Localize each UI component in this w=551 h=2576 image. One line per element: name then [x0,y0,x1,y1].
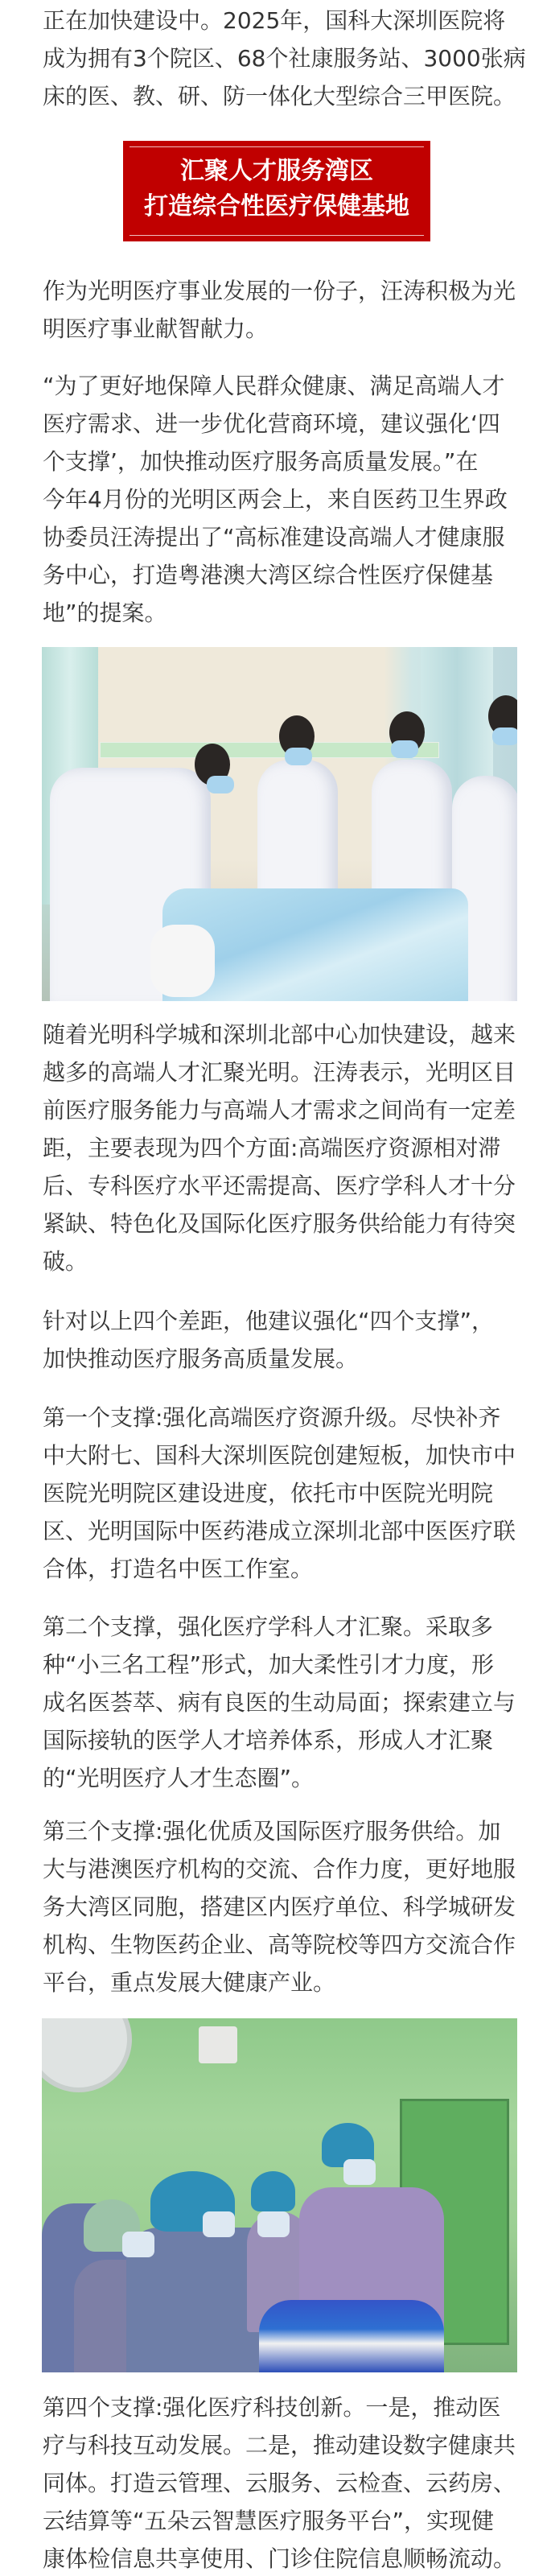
text-line: 第四个支撑:强化医疗科技创新。一是，推动医 [43,2388,519,2426]
paragraph-hospital-plan: 正在加快建设中。2025年，国科大深圳医院将 成为拥有3个院区、68个社康服务站… [43,2,519,115]
doctor-mask [285,748,312,765]
text-line: 种“小三名工程”形式，加大柔性引才力度，形 [43,1646,519,1684]
surgical-drape-shape [259,2300,444,2372]
text-line: 正在加快建设中。2025年，国科大深圳医院将 [43,2,519,39]
text-line: 明医疗事业献智献力。 [43,310,519,348]
surgeon-mask [122,2232,154,2257]
text-line: 合体，打造名中医工作室。 [43,1550,519,1588]
text-line: 的“光明医疗人才生态圈”。 [43,1759,519,1797]
paragraph-support-4: 第四个支撑:强化医疗科技创新。一是，推动医 疗与科技互动发展。二是，推动建设数字… [43,2388,519,2576]
text-line: 今年4月份的光明区两会上，来自医药卫生界政 [43,480,519,518]
text-line: 前医疗服务能力与高端人才需求之间尚有一定差 [43,1091,519,1129]
banner-title-line-2: 打造综合性医疗保健基地 [123,191,430,223]
text-line: 务大湾区同胞，搭建区内医疗单位、科学城研发 [43,1888,519,1926]
text-line: 第一个支撑:强化高端医疗资源升级。尽快补齐 [43,1399,519,1436]
text-line: 医疗需求、进一步优化营商环境，建议强化‘四 [43,405,519,443]
text-line: 区、光明国际中医药港成立深圳北部中医医疗联 [43,1512,519,1550]
text-line: 云结算等“五朵云智慧医疗服务平台”，实现健 [43,2502,519,2540]
paragraph-gaps: 随着光明科学城和深圳北部中心加快建设，越来 越多的高端人才汇聚光明。汪涛表示，光… [43,1016,519,1280]
text-line: 同体。打造云管理、云服务、云检查、云药房、 [43,2464,519,2502]
text-line: 破。 [43,1243,519,1280]
text-line: 平台，重点发展大健康产业。 [43,1964,519,2001]
surgeon-mask [203,2211,235,2237]
text-line: 成为拥有3个院区、68个社康服务站、3000张病 [43,39,519,77]
text-line: 后、专科医疗水平还需提高、医疗学科人才十分 [43,1167,519,1205]
wall-rail-shape [100,742,439,758]
text-line: 越多的高端人才汇聚光明。汪涛表示，光明区目 [43,1053,519,1091]
text-line: 作为光明医疗事业发展的一份子，汪涛积极为光 [43,272,519,310]
paragraph-support-2: 第二个支撑，强化医疗学科人才汇聚。采取多 种“小三名工程”形式，加大柔性引才力度… [43,1608,519,1797]
surgeon-mask [343,2159,376,2185]
text-line: 医院光明院区建设进度，依托市中医院光明院 [43,1474,519,1512]
doctor-mask [207,776,234,793]
banner-top-rule [130,146,424,147]
text-line: 针对以上四个差距，他建议强化“四个支撑”， [43,1302,519,1340]
text-line: 中大附七、国科大深圳医院创建短板，加快市中 [43,1436,519,1474]
doctor-mask [492,727,517,745]
pillow-shape [150,925,215,997]
text-line: 机构、生物医药企业、高等院校等四方交流合作 [43,1926,519,1964]
paragraph-four-supports-intro: 针对以上四个差距，他建议强化“四个支撑”， 加快推动医疗服务高质量发展。 [43,1302,519,1378]
text-line: 第二个支撑，强化医疗学科人才汇聚。采取多 [43,1608,519,1646]
text-line: 康体检信息共享使用、门诊住院信息顺畅流动。 [43,2540,519,2576]
text-line: 紧缺、特色化及国际化医疗服务供给能力有待突 [43,1205,519,1243]
surgical-lamp-shape [42,2018,132,2092]
text-line: 床的医、教、研、防一体化大型综合三甲医院。 [43,77,519,115]
paragraph-intro-wang-tao: 作为光明医疗事业发展的一份子，汪涛积极为光 明医疗事业献智献力。 [43,272,519,348]
paragraph-support-1: 第一个支撑:强化高端医疗资源升级。尽快补齐 中大附七、国科大深圳医院创建短板，加… [43,1399,519,1588]
ceiling-monitor-shape [199,2026,237,2063]
text-line: 成名医荟萃、病有良医的生动局面；探索建立与 [43,1684,519,1721]
section-heading-banner: 汇聚人才服务湾区 打造综合性医疗保健基地 [123,141,430,241]
text-line: 疗与科技互动发展。二是，推动建设数字健康共 [43,2426,519,2464]
text-line: 个支撑’，加快推动医疗服务高质量发展。”在 [43,443,519,480]
text-line: 第三个支撑:强化优质及国际医疗服务供给。加 [43,1812,519,1850]
banner-bottom-rule [130,235,424,236]
text-line: “为了更好地保障人民群众健康、满足高端人才 [43,367,519,405]
text-line: 地”的提案。 [43,594,519,632]
photo-operating-room [42,2018,517,2372]
paragraph-proposal: “为了更好地保障人民群众健康、满足高端人才 医疗需求、进一步优化营商环境，建议强… [43,367,519,632]
surgeon-mask [257,2211,290,2237]
text-line: 大与港澳医疗机构的交流、合作力度，更好地服 [43,1850,519,1888]
doctor-mask [391,740,418,758]
text-line: 加快推动医疗服务高质量发展。 [43,1340,519,1378]
text-line: 随着光明科学城和深圳北部中心加快建设，越来 [43,1016,519,1053]
banner-title-line-1: 汇聚人才服务湾区 [123,155,430,188]
surgeon-cap [251,2171,295,2211]
photo-hospital-ward [42,647,517,1001]
paragraph-support-3: 第三个支撑:强化优质及国际医疗服务供给。加 大与港澳医疗机构的交流、合作力度，更… [43,1812,519,2001]
text-line: 国际接轨的医学人才培养体系，形成人才汇聚 [43,1721,519,1759]
text-line: 协委员汪涛提出了“高标准建设高端人才健康服 [43,518,519,556]
text-line: 务中心，打造粤港澳大湾区综合性医疗保健基 [43,556,519,594]
text-line: 距，主要表现为四个方面:高端医疗资源相对滞 [43,1129,519,1167]
